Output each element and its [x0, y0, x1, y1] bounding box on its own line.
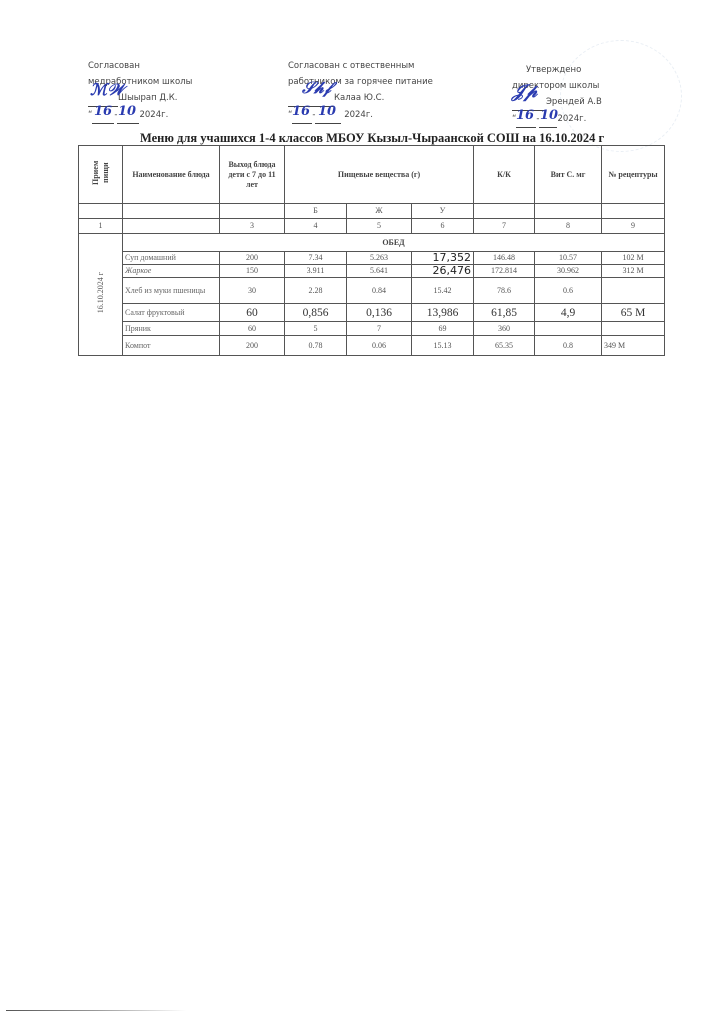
dish-portion: 60: [220, 304, 285, 322]
dish-kcal: 172.814: [474, 265, 535, 278]
dish-vitamin-c: 4,9: [535, 304, 602, 322]
dish-recipe: [602, 322, 665, 336]
scan-edge-line: [6, 1010, 186, 1011]
dish-carbs: 17,352: [412, 252, 474, 265]
dish-recipe: 65 М: [602, 304, 665, 322]
approval-label: Согласован: [88, 58, 192, 74]
table-row: Жаркое 150 3.911 5.641 26,476 172.814 30…: [79, 265, 665, 278]
dish-portion: 200: [220, 336, 285, 356]
dish-recipe: 349 М: [602, 336, 665, 356]
table-row: Суп домашний 200 7.34 5.263 17,352 146.4…: [79, 252, 665, 265]
dish-vitamin-c: 0.8: [535, 336, 602, 356]
dish-protein: 2.28: [285, 278, 347, 304]
subheader-fat: Ж: [347, 204, 412, 219]
dish-name: Пряник: [123, 322, 220, 336]
dish-protein: 7.34: [285, 252, 347, 265]
dish-protein: 0.78: [285, 336, 347, 356]
approval-name: Калаа Ю.С.: [334, 93, 384, 103]
approval-year: 2024г.: [139, 110, 168, 120]
dish-kcal: 78.6: [474, 278, 535, 304]
dish-kcal: 65.35: [474, 336, 535, 356]
dish-carbs: 15.42: [412, 278, 474, 304]
column-number: [123, 219, 220, 234]
table-row: Салат фруктовый 60 0,856 0,136 13,986 61…: [79, 304, 665, 322]
column-number: 3: [220, 219, 285, 234]
subheader-carbs: У: [412, 204, 474, 219]
approval-name: Шыырап Д.К.: [118, 93, 177, 103]
dish-fat: 0,136: [347, 304, 412, 322]
dish-protein: 3.911: [285, 265, 347, 278]
table-row: Хлеб из муки пшеницы 30 2.28 0.84 15.42 …: [79, 278, 665, 304]
column-number-row: 1 3 4 5 6 7 8 9: [79, 219, 665, 234]
dish-kcal: 61,85: [474, 304, 535, 322]
dish-vitamin-c: [535, 322, 602, 336]
section-row: 16.10.2024 г ОБЕД: [79, 234, 665, 252]
signature-icon: 𝒮𝒽𝒻: [302, 80, 331, 96]
column-number: 6: [412, 219, 474, 234]
column-number: 8: [535, 219, 602, 234]
header-nutrients: Пищевые вещества (г): [285, 146, 474, 204]
handwritten-month: 10: [540, 108, 558, 124]
signature-icon: ℳ𝒲: [90, 82, 124, 98]
dish-kcal: 360: [474, 322, 535, 336]
column-number: 9: [602, 219, 665, 234]
table-row: Пряник 60 5 7 69 360: [79, 322, 665, 336]
approval-label: Утверждено: [512, 62, 602, 78]
dish-fat: 0.84: [347, 278, 412, 304]
dish-recipe: 312 М: [602, 265, 665, 278]
dish-vitamin-c: 30.962: [535, 265, 602, 278]
menu-table: Прием пищи Наименование блюда Выход блюд…: [78, 145, 665, 356]
approval-name: Эрендей А.В: [546, 97, 602, 107]
dish-vitamin-c: 0.6: [535, 278, 602, 304]
dish-name: Салат фруктовый: [123, 304, 220, 322]
column-number: 5: [347, 219, 412, 234]
dish-carbs: 69: [412, 322, 474, 336]
approval-director: Утверждено директором школы Эрендей А.В …: [512, 62, 602, 128]
handwritten-day: 16: [516, 108, 534, 124]
header-kcal: К/К: [474, 146, 535, 204]
dish-fat: 0.06: [347, 336, 412, 356]
header-recipe: № рецептуры: [602, 146, 665, 204]
handwritten-month: 10: [318, 104, 336, 120]
column-number: 1: [79, 219, 123, 234]
dish-portion: 30: [220, 278, 285, 304]
header-vitamin-c: Вит С. мг: [535, 146, 602, 204]
approval-medical: Согласован медработником школы Шыырап Д.…: [88, 58, 192, 124]
handwritten-day: 16: [94, 104, 112, 120]
meal-date-cell: 16.10.2024 г: [79, 234, 123, 356]
table-row: Компот 200 0.78 0.06 15.13 65.35 0.8 349…: [79, 336, 665, 356]
section-title: ОБЕД: [123, 234, 665, 252]
header-row: Прием пищи Наименование блюда Выход блюд…: [79, 146, 665, 204]
dish-portion: 200: [220, 252, 285, 265]
dish-vitamin-c: 10.57: [535, 252, 602, 265]
dish-name: Суп домашний: [123, 252, 220, 265]
approval-label: Согласован с отвественным: [288, 58, 433, 74]
dish-name: Компот: [123, 336, 220, 356]
dish-name: Хлеб из муки пшеницы: [123, 278, 220, 304]
column-number: 4: [285, 219, 347, 234]
dish-protein: 0,856: [285, 304, 347, 322]
page-title: Меню для учашихся 1-4 классов МБОУ Кызыл…: [140, 131, 604, 146]
signature-icon: 𝒥𝓅: [512, 84, 537, 100]
approval-year: 2024г.: [344, 110, 373, 120]
header-portion: Выход блюда дети с 7 до 11 лет: [220, 146, 285, 204]
header-meal: Прием пищи: [79, 146, 123, 204]
subheader-protein: Б: [285, 204, 347, 219]
dish-carbs: 13,986: [412, 304, 474, 322]
dish-recipe: [602, 278, 665, 304]
dish-recipe: 102 М: [602, 252, 665, 265]
handwritten-day: 16: [292, 104, 310, 120]
dish-carbs: 15.13: [412, 336, 474, 356]
dish-fat: 7: [347, 322, 412, 336]
dish-portion: 60: [220, 322, 285, 336]
dish-portion: 150: [220, 265, 285, 278]
subheader-row: Б Ж У: [79, 204, 665, 219]
dish-kcal: 146.48: [474, 252, 535, 265]
handwritten-month: 10: [118, 104, 136, 120]
approval-year: 2024г.: [557, 114, 586, 124]
dish-fat: 5.641: [347, 265, 412, 278]
dish-carbs: 26,476: [412, 265, 474, 278]
dish-protein: 5: [285, 322, 347, 336]
column-number: 7: [474, 219, 535, 234]
dish-name: Жаркое: [123, 265, 220, 278]
dish-fat: 5.263: [347, 252, 412, 265]
approval-food-responsible: Согласован с отвественным работником за …: [288, 58, 433, 124]
header-dish-name: Наименование блюда: [123, 146, 220, 204]
